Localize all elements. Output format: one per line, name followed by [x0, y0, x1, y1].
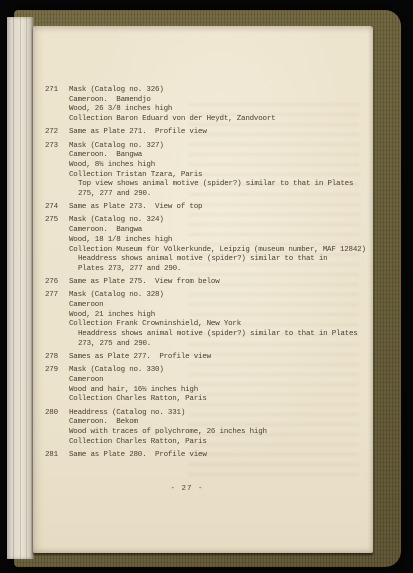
entry-line: Collection Tristan Tzara, Paris	[69, 171, 369, 181]
entry-line: Wood, 21 inches high	[69, 311, 369, 321]
entry-plate-number: 277	[45, 291, 69, 349]
entry-plate-number: 280	[45, 409, 69, 448]
entry-line: Mask (Catalog no. 327)	[69, 142, 369, 152]
entry-line: Cameroon. Bangwa	[69, 226, 369, 236]
catalog-entry: 275 Mask (Catalog no. 324)Cameroon. Bang…	[45, 216, 369, 274]
catalog-entry: 276 Same as Plate 275. View from below	[45, 278, 369, 288]
entry-line: Cameroon. Bamendjo	[69, 96, 369, 106]
entry-line: Headdress (Catalog no. 331)	[69, 409, 369, 419]
catalog-entry: 271 Mask (Catalog no. 326)Cameroon. Bame…	[45, 86, 369, 125]
catalog-entry: 272 Same as Plate 271. Profile view	[45, 128, 369, 138]
entry-line: Sames as Plate 277. Profile view	[69, 353, 369, 363]
catalog-entry: 278 Sames as Plate 277. Profile view	[45, 353, 369, 363]
entry-plate-number: 274	[45, 203, 69, 213]
catalog-entry: 273 Mask (Catalog no. 327)Cameroon. Bang…	[45, 142, 369, 200]
entry-lines: Same as Plate 280. Profile view	[69, 451, 369, 461]
entry-line: Same as Plate 273. View of top	[69, 203, 369, 213]
entry-line: Headdress shows animal motive (spider?) …	[69, 255, 369, 265]
entry-line: Cameroon	[69, 301, 369, 311]
entry-line: Same as Plate 275. View from below	[69, 278, 369, 288]
entry-lines: Same as Plate 271. Profile view	[69, 128, 369, 138]
entry-line: Wood, 26 3/8 inches high	[69, 105, 369, 115]
catalog-entries: 271 Mask (Catalog no. 326)Cameroon. Bame…	[45, 86, 369, 464]
entry-line: Collection Baron Eduard von der Heydt, Z…	[69, 115, 369, 125]
entry-line: Mask (Catalog no. 326)	[69, 86, 369, 96]
entry-plate-number: 281	[45, 451, 69, 461]
entry-line: Top view shows animal motive (spider?) s…	[69, 180, 369, 190]
page-number: - 27 -	[170, 485, 203, 493]
entry-plate-number: 271	[45, 86, 69, 125]
entry-line: Cameroon. Bangwa	[69, 151, 369, 161]
entry-lines: Mask (Catalog no. 324)Cameroon. BangwaWo…	[69, 216, 369, 274]
entry-line: Collection Charles Ratton, Paris	[69, 395, 369, 405]
entry-line: Wood, 18 1/8 inches high	[69, 236, 369, 246]
entry-lines: Mask (Catalog no. 327)Cameroon. BangwaWo…	[69, 142, 369, 200]
entry-lines: Same as Plate 273. View of top	[69, 203, 369, 213]
entry-line: Cameroon	[69, 376, 369, 386]
entry-lines: Sames as Plate 277. Profile view	[69, 353, 369, 363]
entry-line: Collection Museum für Völkerkunde, Leipz…	[69, 246, 369, 256]
entry-line: Plates 273, 277 and 290.	[69, 265, 369, 275]
catalog-entry: 279 Mask (Catalog no. 330)CameroonWood a…	[45, 366, 369, 405]
entry-line: Wood with traces of polychrome, 26 inche…	[69, 428, 369, 438]
page-stack-edge	[7, 17, 34, 559]
entry-line: Wood and hair, 16½ inches high	[69, 386, 369, 396]
entry-lines: Same as Plate 275. View from below	[69, 278, 369, 288]
catalog-entry: 280 Headdress (Catalog no. 331)Cameroon.…	[45, 409, 369, 448]
entry-line: Cameroon. Bekom	[69, 418, 369, 428]
entry-line: 275, 277 and 290.	[69, 190, 369, 200]
entry-line: 273, 275 and 290.	[69, 340, 369, 350]
page-number-footer: - 27 -	[33, 485, 373, 493]
entry-line: Same as Plate 280. Profile view	[69, 451, 369, 461]
entry-plate-number: 278	[45, 353, 69, 363]
entry-line: Headdress shows animal motive (spider?) …	[69, 330, 369, 340]
catalog-entry: 277 Mask (Catalog no. 328)CameroonWood, …	[45, 291, 369, 349]
entry-line: Mask (Catalog no. 330)	[69, 366, 369, 376]
entry-line: Mask (Catalog no. 324)	[69, 216, 369, 226]
catalog-entry: 274 Same as Plate 273. View of top	[45, 203, 369, 213]
entry-line: Wood, 8½ inches high	[69, 161, 369, 171]
entry-lines: Mask (Catalog no. 326)Cameroon. Bamendjo…	[69, 86, 369, 125]
document-page: 271 Mask (Catalog no. 326)Cameroon. Bame…	[33, 26, 373, 553]
entry-line: Mask (Catalog no. 328)	[69, 291, 369, 301]
entry-lines: Mask (Catalog no. 330)CameroonWood and h…	[69, 366, 369, 405]
entry-lines: Headdress (Catalog no. 331)Cameroon. Bek…	[69, 409, 369, 448]
entry-plate-number: 276	[45, 278, 69, 288]
entry-plate-number: 273	[45, 142, 69, 200]
entry-plate-number: 279	[45, 366, 69, 405]
book-scan-photo: 271 Mask (Catalog no. 326)Cameroon. Bame…	[0, 0, 413, 573]
entry-line: Same as Plate 271. Profile view	[69, 128, 369, 138]
entry-line: Collection Charles Ratton, Paris	[69, 438, 369, 448]
entry-line: Collection Frank Crowninshield, New York	[69, 320, 369, 330]
entry-plate-number: 275	[45, 216, 69, 274]
entry-plate-number: 272	[45, 128, 69, 138]
catalog-entry: 281 Same as Plate 280. Profile view	[45, 451, 369, 461]
entry-lines: Mask (Catalog no. 328)CameroonWood, 21 i…	[69, 291, 369, 349]
